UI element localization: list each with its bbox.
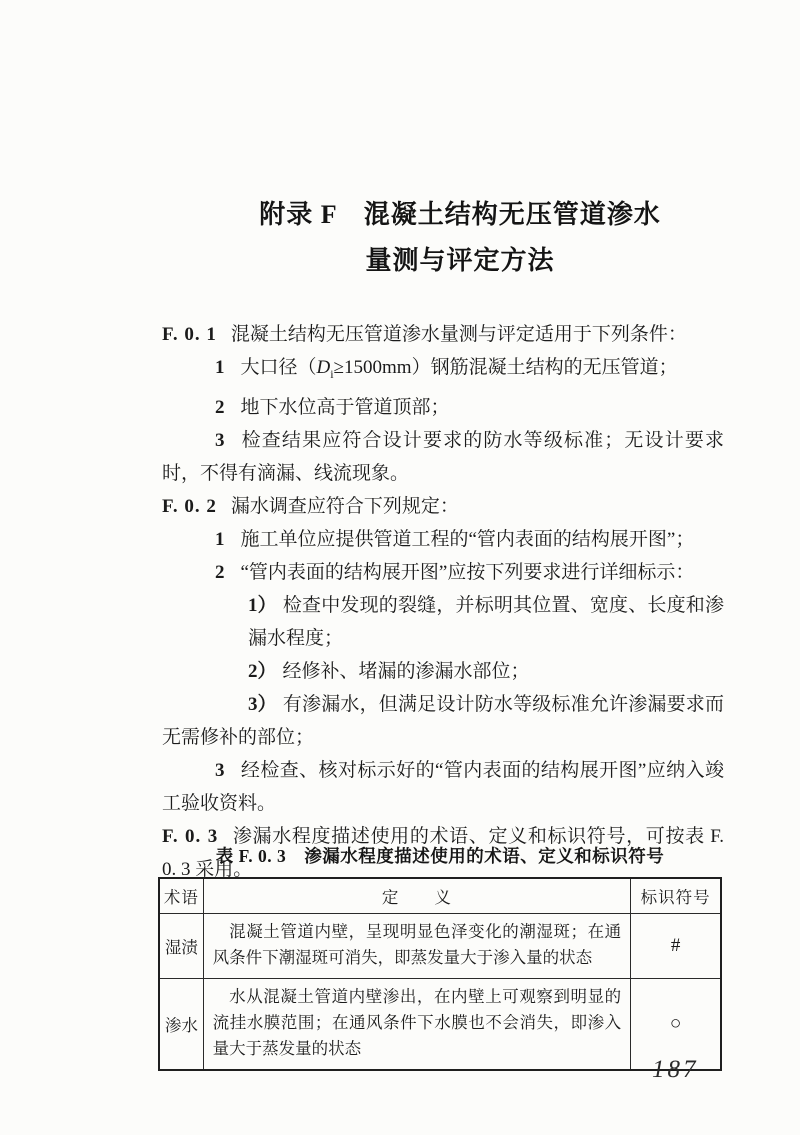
clause-f02: F. 0. 2漏水调查应符合下列规定： — [162, 490, 724, 523]
clause-f02-label: F. 0. 2 — [162, 496, 217, 517]
clause-f02-subitem2: 2）经修补、堵漏的渗漏水部位； — [248, 655, 724, 688]
header-term: 术语 — [159, 878, 203, 914]
clause-f01-item2-label: 2 — [215, 397, 225, 418]
clause-f01-item1: 1大口径（Di≥1500mm）钢筋混凝土结构的无压管道； — [162, 351, 724, 391]
terminology-table: 术语 定 义 标识符号 湿渍 混凝土管道内壁，呈现明显色泽变化的潮湿斑；在通风条… — [158, 877, 722, 1071]
body-text: F. 0. 1混凝土结构无压管道渗水量测与评定适用于下列条件： 1大口径（Di≥… — [162, 318, 724, 886]
clause-f01-item3-text: 检查结果应符合设计要求的防水等级标准；无设计要求时，不得有滴漏、线流现象。 — [162, 430, 724, 484]
clause-f02-subitem3-label: 3） — [248, 694, 277, 715]
clause-f01-item3: 3检查结果应符合设计要求的防水等级标准；无设计要求时，不得有滴漏、线流现象。 — [162, 424, 724, 490]
clause-f01-text: 混凝土结构无压管道渗水量测与评定适用于下列条件： — [231, 324, 687, 345]
appendix-title-line2: 量测与评定方法 — [162, 238, 758, 284]
clause-f02-subitem1-text: 检查中发现的裂缝，并标明其位置、宽度、长度和渗漏水程度； — [248, 595, 724, 649]
symbol-wet-stain: # — [631, 914, 721, 979]
clause-f02-text: 漏水调查应符合下列规定： — [231, 496, 459, 517]
clause-f01-label: F. 0. 1 — [162, 324, 217, 345]
table-header-row: 术语 定 义 标识符号 — [159, 878, 721, 914]
clause-f01-item1-label: 1 — [215, 357, 225, 378]
clause-f01-item2-text: 地下水位高于管道顶部； — [241, 397, 450, 418]
clause-f02-item3-text: 经检查、核对标示好的“管内表面的结构展开图”应纳入竣工验收资料。 — [162, 760, 724, 814]
clause-f02-subitem2-text: 经修补、堵漏的渗漏水部位； — [283, 661, 530, 682]
clause-f02-item1: 1施工单位应提供管道工程的“管内表面的结构展开图”； — [162, 523, 724, 556]
clause-f02-item2: 2“管内表面的结构展开图”应按下列要求进行详细标示： — [162, 556, 724, 589]
clause-f02-subitem2-label: 2） — [248, 661, 277, 682]
clause-f01-item1-text-pre: 大口径（ — [241, 357, 317, 378]
clause-f02-subitem3-text: 有渗漏水，但满足设计防水等级标准允许渗漏要求而无需修补的部位； — [162, 694, 724, 748]
clause-f01-item1-text-post: ≥1500mm）钢筋混凝土结构的无压管道； — [334, 357, 678, 378]
clause-f02-item1-text: 施工单位应提供管道工程的“管内表面的结构展开图”； — [241, 529, 695, 550]
diameter-variable: D — [317, 357, 331, 378]
terminology-table-block: 表 F. 0. 3 渗漏水程度描述使用的术语、定义和标识符号 术语 定 义 标识… — [158, 843, 722, 1071]
appendix-title: 附录 F 混凝土结构无压管道渗水 量测与评定方法 — [162, 192, 758, 284]
clause-f02-item3: 3经检查、核对标示好的“管内表面的结构展开图”应纳入竣工验收资料。 — [162, 754, 724, 820]
term-wet-stain: 湿渍 — [159, 914, 203, 979]
clause-f02-item3-label: 3 — [215, 760, 225, 781]
header-definition: 定 义 — [203, 878, 631, 914]
table-row-seepage: 渗水 水从混凝土管道内壁渗出，在内壁上可观察到明显的流挂水膜范围；在通风条件下水… — [159, 979, 721, 1071]
clause-f02-item1-label: 1 — [215, 529, 225, 550]
definition-wet-stain: 混凝土管道内壁，呈现明显色泽变化的潮湿斑；在通风条件下潮湿斑可消失，即蒸发量大于… — [203, 914, 631, 979]
definition-seepage: 水从混凝土管道内壁渗出，在内壁上可观察到明显的流挂水膜范围；在通风条件下水膜也不… — [203, 979, 631, 1071]
clause-f02-subitem3: 3）有渗漏水，但满足设计防水等级标准允许渗漏要求而无需修补的部位； — [162, 688, 724, 754]
clause-f01-item2: 2地下水位高于管道顶部； — [162, 391, 724, 424]
clause-f02-subitem1: 1）检查中发现的裂缝，并标明其位置、宽度、长度和渗漏水程度； — [248, 589, 724, 655]
clause-f02-item2-label: 2 — [215, 562, 225, 583]
clause-f01-item3-label: 3 — [215, 430, 225, 451]
table-caption: 表 F. 0. 3 渗漏水程度描述使用的术语、定义和标识符号 — [158, 843, 722, 868]
table-row-wet-stain: 湿渍 混凝土管道内壁，呈现明显色泽变化的潮湿斑；在通风条件下潮湿斑可消失，即蒸发… — [159, 914, 721, 979]
appendix-title-line1: 附录 F 混凝土结构无压管道渗水 — [162, 192, 758, 238]
term-seepage: 渗水 — [159, 979, 203, 1071]
page-number: 187 — [652, 1056, 699, 1084]
clause-f02-subitem1-label: 1） — [248, 595, 277, 616]
clause-f02-item2-text: “管内表面的结构展开图”应按下列要求进行详细标示： — [241, 562, 695, 583]
header-symbol: 标识符号 — [631, 878, 721, 914]
clause-f01: F. 0. 1混凝土结构无压管道渗水量测与评定适用于下列条件： — [162, 318, 724, 351]
scanned-document-page: 附录 F 混凝土结构无压管道渗水 量测与评定方法 F. 0. 1混凝土结构无压管… — [0, 0, 800, 1135]
